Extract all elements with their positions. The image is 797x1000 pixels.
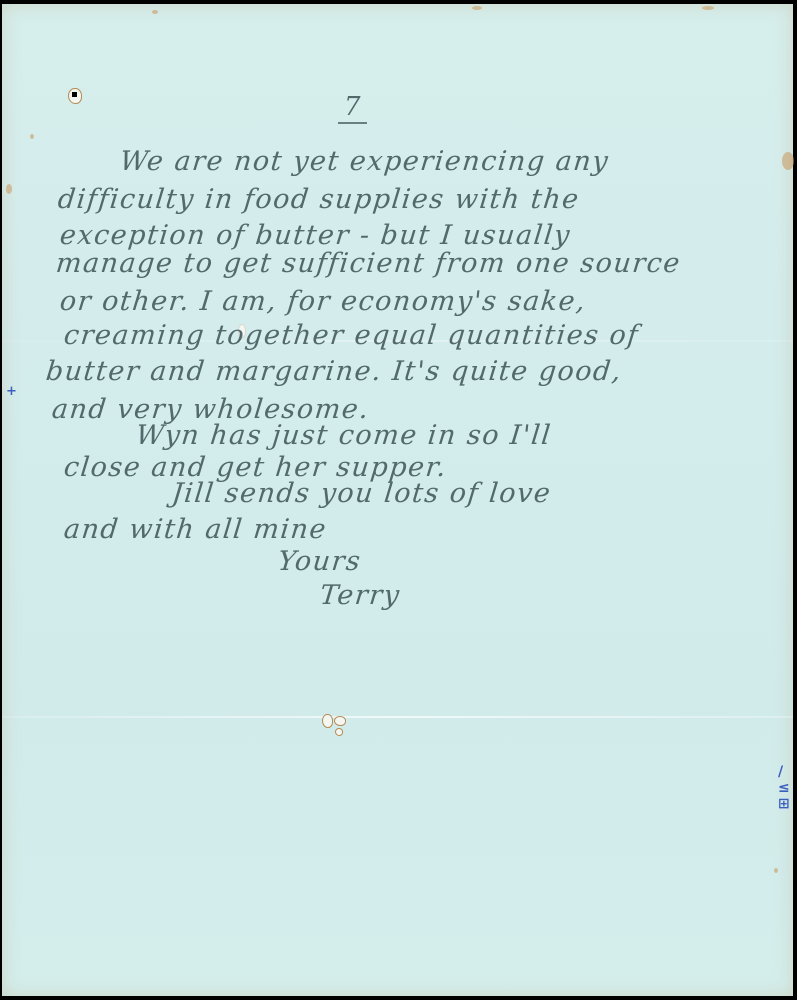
page-number: 7 [338,92,367,124]
blue-ink-mark-left: + [6,384,17,399]
rust-spot [774,868,778,873]
rust-spot [782,152,794,170]
line-12: and with all mine [62,514,328,545]
rust-spot [702,6,714,10]
line-6: creaming together equal quantities of [62,320,640,351]
rust-spot [152,10,158,14]
tear-hole-fold-3 [335,728,343,736]
rust-spot [6,184,12,194]
blue-ink-mark-right: /≤⊞ [778,764,790,812]
rust-spot [30,134,34,139]
letter-page: + /≤⊞ 7 We are not yet experiencing any … [2,4,793,996]
line-3: exception of butter - but I usually [58,220,572,251]
line-1: We are not yet experiencing any [118,146,610,177]
signature: Terry [318,580,402,611]
tear-hole-fold-2 [334,716,346,726]
line-5: or other. I am, for economy's sake, [58,286,588,317]
fold-crease-lower [2,716,793,718]
tear-hole-fold-1 [322,714,333,728]
rust-spot [472,6,482,10]
line-4: manage to get sufficient from one source [54,248,682,279]
closing: Yours [276,546,363,577]
hole-shadow [72,92,77,97]
line-7: butter and margarine. It's quite good, [44,356,623,387]
line-9: Wyn has just come in so I'll [134,420,553,451]
line-2: difficulty in food supplies with the [56,184,581,215]
line-11: Jill sends you lots of love [170,478,553,509]
